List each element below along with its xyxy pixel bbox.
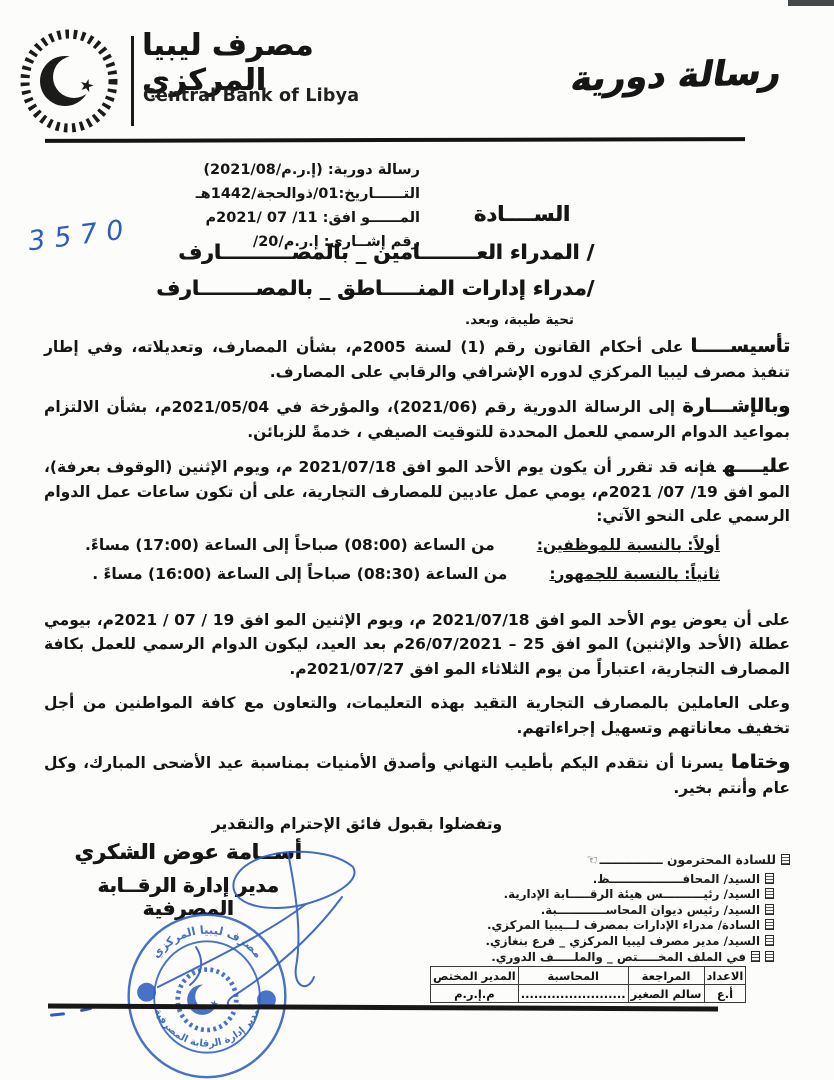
- hand-pointer-icon: ☜: [585, 852, 599, 869]
- lead-word: وختاما: [731, 751, 790, 773]
- paragraph-closing-wishes: وختامايسرنا أن نتقدم اليكم بأطيب التهاني…: [44, 750, 790, 800]
- closing-salutation: وتفضلوا بقبول فائق الإحترام والتقدير: [44, 812, 670, 837]
- crescent-star-wreath-icon: ★: [16, 26, 124, 138]
- distribution-item-label: في الملف المخـــــتص _ والملـــــف الدور…: [491, 950, 746, 964]
- distribution-item-label: السيد/ المحافــــــــــــــــــظ.: [593, 872, 760, 886]
- paragraph-text: يسرنا أن نتقدم اليكم بأطيب التهاني وأصدق…: [44, 754, 790, 797]
- col-preparation: الاعداد: [704, 967, 746, 985]
- schedule-label: أولاً: بالنسبة للموظفين:: [537, 532, 720, 558]
- cell-preparation: أ.ع: [704, 985, 746, 1003]
- cell-accounting: ........................: [518, 985, 628, 1003]
- distribution-item-benghazi-branch: السيد/ مدير مصرف ليبيا المركزي _ فرع بنغ…: [486, 934, 775, 950]
- lead-word: وبالإشـــارة: [682, 395, 790, 417]
- col-accounting: المحاسبة: [518, 967, 628, 985]
- document-icon: [765, 888, 774, 899]
- schedule-row-public: ثانياً: بالنسبة للجمهور: من الساعة (08:3…: [44, 561, 720, 587]
- distribution-header-label: للسادة المحترمون: [667, 853, 776, 867]
- cell-review: سالم الصغير: [628, 985, 704, 1003]
- paragraph-legal-basis: تأسيســـــاعلى أحكام القانون رقم (1) لسن…: [44, 334, 790, 384]
- addressee-salutation: الســــادة: [156, 202, 570, 226]
- addressees: الســــادة / المدراء العــــــــامين _ ب…: [156, 202, 594, 328]
- document-icon: [765, 904, 774, 915]
- dash-run: ـــــــــــــــ: [600, 853, 663, 867]
- logo-divider: [131, 36, 134, 126]
- document-icon: [765, 935, 774, 946]
- distribution-item-label: السادة/ مدراء الإدارات بمصرف لـــيبيا ال…: [487, 918, 760, 932]
- handwritten-reference-number: 3570: [27, 214, 135, 258]
- distribution-item-files: في الملف المخـــــتص _ والملـــــف الدور…: [486, 950, 775, 966]
- schedule-time: من الساعة (08:30) صباحاً إلى الساعة (16:…: [92, 561, 507, 587]
- save-icon: [751, 951, 760, 962]
- lead-word: عليــــه: [723, 455, 790, 477]
- paragraph-text: وعلى العاملين بالمصارف التجارية التقيد ب…: [44, 694, 790, 737]
- paragraph-text: على أحكام القانون رقم (1) لسنة 2005م، بش…: [44, 338, 790, 381]
- paragraph-compensation-days: على أن يعوض يوم الأحد المو افق 2021/07/1…: [44, 608, 790, 682]
- document-icon: [765, 951, 774, 962]
- paragraph-text: إلى الرسالة الدورية رقم (2021/06)، والمؤ…: [44, 398, 790, 441]
- distribution-item-cbl-directors: السادة/ مدراء الإدارات بمصرف لـــيبيا ال…: [486, 918, 775, 934]
- copies-icon: [781, 854, 790, 865]
- document-type-title: رسالة دورية: [567, 52, 784, 99]
- letter-body: تأسيســـــاعلى أحكام القانون رقم (1) لسن…: [44, 334, 790, 837]
- spacer: [44, 590, 790, 608]
- approval-table-value-row: أ.ع سالم الصغير ........................…: [431, 985, 746, 1003]
- bank-name-english: Central Bank of Libya: [143, 86, 359, 106]
- paragraph-decision: عليــــهفإنه قد تقرر أن يكون يوم الأحد ا…: [44, 454, 790, 529]
- distribution-item-label: السيد/ رئيــــــــــس هيئة الرقـــــابة …: [504, 887, 760, 901]
- approval-table-header-row: الاعداد المراجعة المحاسبة المدير المختص: [431, 967, 746, 985]
- lead-word: تأسيســـــا: [690, 335, 790, 357]
- paragraph-text: فإنه قد تقرر أن يكون يوم الأحد المو افق …: [44, 458, 790, 525]
- greeting: تحية طيبة، وبعد.: [156, 312, 574, 328]
- document-icon: [765, 919, 774, 930]
- header-rule: [45, 137, 745, 143]
- working-hours-schedule: أولاً: بالنسبة للموظفين: من الساعة (08:0…: [44, 532, 720, 587]
- distribution-item-audit-bureau: السيد/ رئيس ديوان المحاســــــــــــبة.: [486, 903, 775, 919]
- scanned-circular-letter: ★ مصرف ليبيا المركزي Central Bank of Lib…: [0, 0, 834, 1080]
- scan-edge-artifact: [788, 0, 834, 6]
- col-competent-manager: المدير المختص: [431, 967, 519, 985]
- distribution-item-label: السيد/ مدير مصرف ليبيا المركزي _ فرع بنغ…: [486, 934, 761, 948]
- cell-competent-manager: م.إ.ر.م: [431, 985, 519, 1003]
- distribution-header: للسادة المحترمون ـــــــــــــــ☜: [486, 853, 791, 869]
- signatory-name: أســامة عوض الشكري: [52, 840, 324, 864]
- signature-block: أســامة عوض الشكري مدير إدارة الرقــابة …: [52, 840, 324, 920]
- circular-number: رسالة دورية: (إ.ر.م/2021/08): [196, 158, 420, 182]
- addressee-line-general-managers: / المدراء العــــــــامين _ بالمصـــــــ…: [156, 240, 594, 264]
- approval-table: الاعداد المراجعة المحاسبة المدير المختص …: [430, 966, 746, 1003]
- paragraph-compliance: وعلى العاملين بالمصارف التجارية التقيد ب…: [44, 691, 790, 740]
- paragraph-previous-circular: وبالإشـــارةإلى الرسالة الدورية رقم (202…: [44, 394, 790, 444]
- blue-round-stamp: ★ مصرف ليبيا المركزي مدير إدارة الرقابة …: [118, 912, 296, 1080]
- col-review: المراجعة: [628, 967, 704, 985]
- central-bank-logo: ★: [16, 26, 124, 138]
- schedule-label: ثانياً: بالنسبة للجمهور:: [549, 561, 720, 587]
- pen-mark: [50, 1012, 65, 1017]
- paragraph-text: على أن يعوض يوم الأحد المو افق 2021/07/1…: [44, 611, 790, 678]
- distribution-item-admin-control: السيد/ رئيــــــــــس هيئة الرقـــــابة …: [486, 887, 775, 903]
- schedule-time: من الساعة (08:00) صباحاً إلى الساعة (17:…: [85, 532, 495, 558]
- schedule-row-employees: أولاً: بالنسبة للموظفين: من الساعة (08:0…: [44, 532, 720, 558]
- distribution-list: للسادة المحترمون ـــــــــــــــ☜ السيد/…: [486, 853, 791, 965]
- distribution-item-governor: السيد/ المحافــــــــــــــــــظ.: [486, 872, 775, 888]
- distribution-item-label: السيد/ رئيس ديوان المحاســــــــــــبة.: [541, 903, 760, 917]
- addressee-line-region-managers: /مدراء إدارات المنـــــاطق _ بالمصــــــ…: [156, 276, 594, 300]
- document-icon: [765, 873, 774, 884]
